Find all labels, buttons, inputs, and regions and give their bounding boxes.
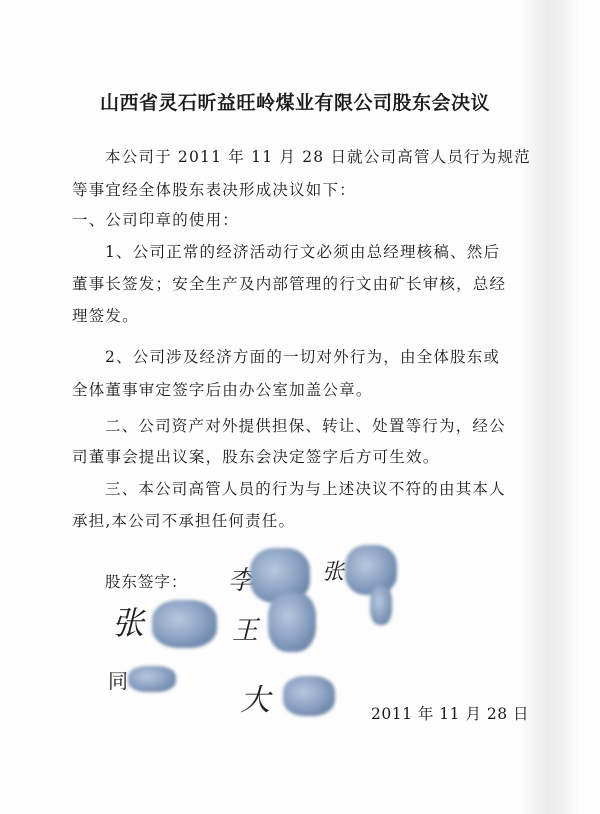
- document-page: 山西省灵石昕益旺岭煤业有限公司股东会决议 本公司于 2011 年 11 月 28…: [0, 0, 600, 814]
- paragraph-line: 理签发。: [72, 304, 139, 326]
- signature-handwriting: 王: [232, 610, 258, 647]
- document-date: 2011 年 11 月 28 日: [371, 702, 529, 724]
- paragraph-line: 二、公司资产对外提供担保、转让、处置等行为，经公: [105, 414, 506, 436]
- redaction-blur: [370, 585, 392, 625]
- paragraph-line: 董事长签发；安全生产及内部管理的行文由矿长审核，总经: [72, 272, 506, 294]
- paragraph-line: 司董事会提出议案，股东会决定签字后方可生效。: [72, 445, 439, 467]
- redaction-blur: [283, 676, 335, 716]
- paragraph-line: 全体董事审定签字后由办公室加盖公章。: [72, 378, 373, 400]
- signature-handwriting: 张: [322, 555, 344, 586]
- redaction-blur: [268, 592, 316, 652]
- signature-label: 股东签字：: [105, 570, 188, 592]
- signature-handwriting: 同: [108, 665, 128, 694]
- document-title: 山西省灵石昕益旺岭煤业有限公司股东会决议: [100, 88, 520, 115]
- signature-handwriting: 大: [240, 675, 270, 719]
- paragraph-line: 2、公司涉及经济方面的一切对外行为，由全体股东或: [105, 345, 500, 367]
- section-heading: 一、公司印章的使用：: [72, 208, 239, 230]
- signature-handwriting: 张: [112, 598, 144, 644]
- redaction-blur: [152, 600, 217, 648]
- paragraph-line: 1、公司正常的经济活动行文必须由总经理核稿、然后: [105, 240, 500, 262]
- redaction-blur: [128, 666, 176, 692]
- redaction-blur: [345, 545, 397, 595]
- paragraph-line: 本公司于 2011 年 11 月 28 日就公司高管人员行为规范: [105, 145, 531, 167]
- paragraph-line: 承担,本公司不承担任何责任。: [72, 509, 295, 531]
- paragraph-line: 等事宜经全体股东表决形成决议如下：: [72, 178, 356, 200]
- paragraph-line: 三、本公司高管人员的行为与上述决议不符的由其本人: [105, 477, 506, 499]
